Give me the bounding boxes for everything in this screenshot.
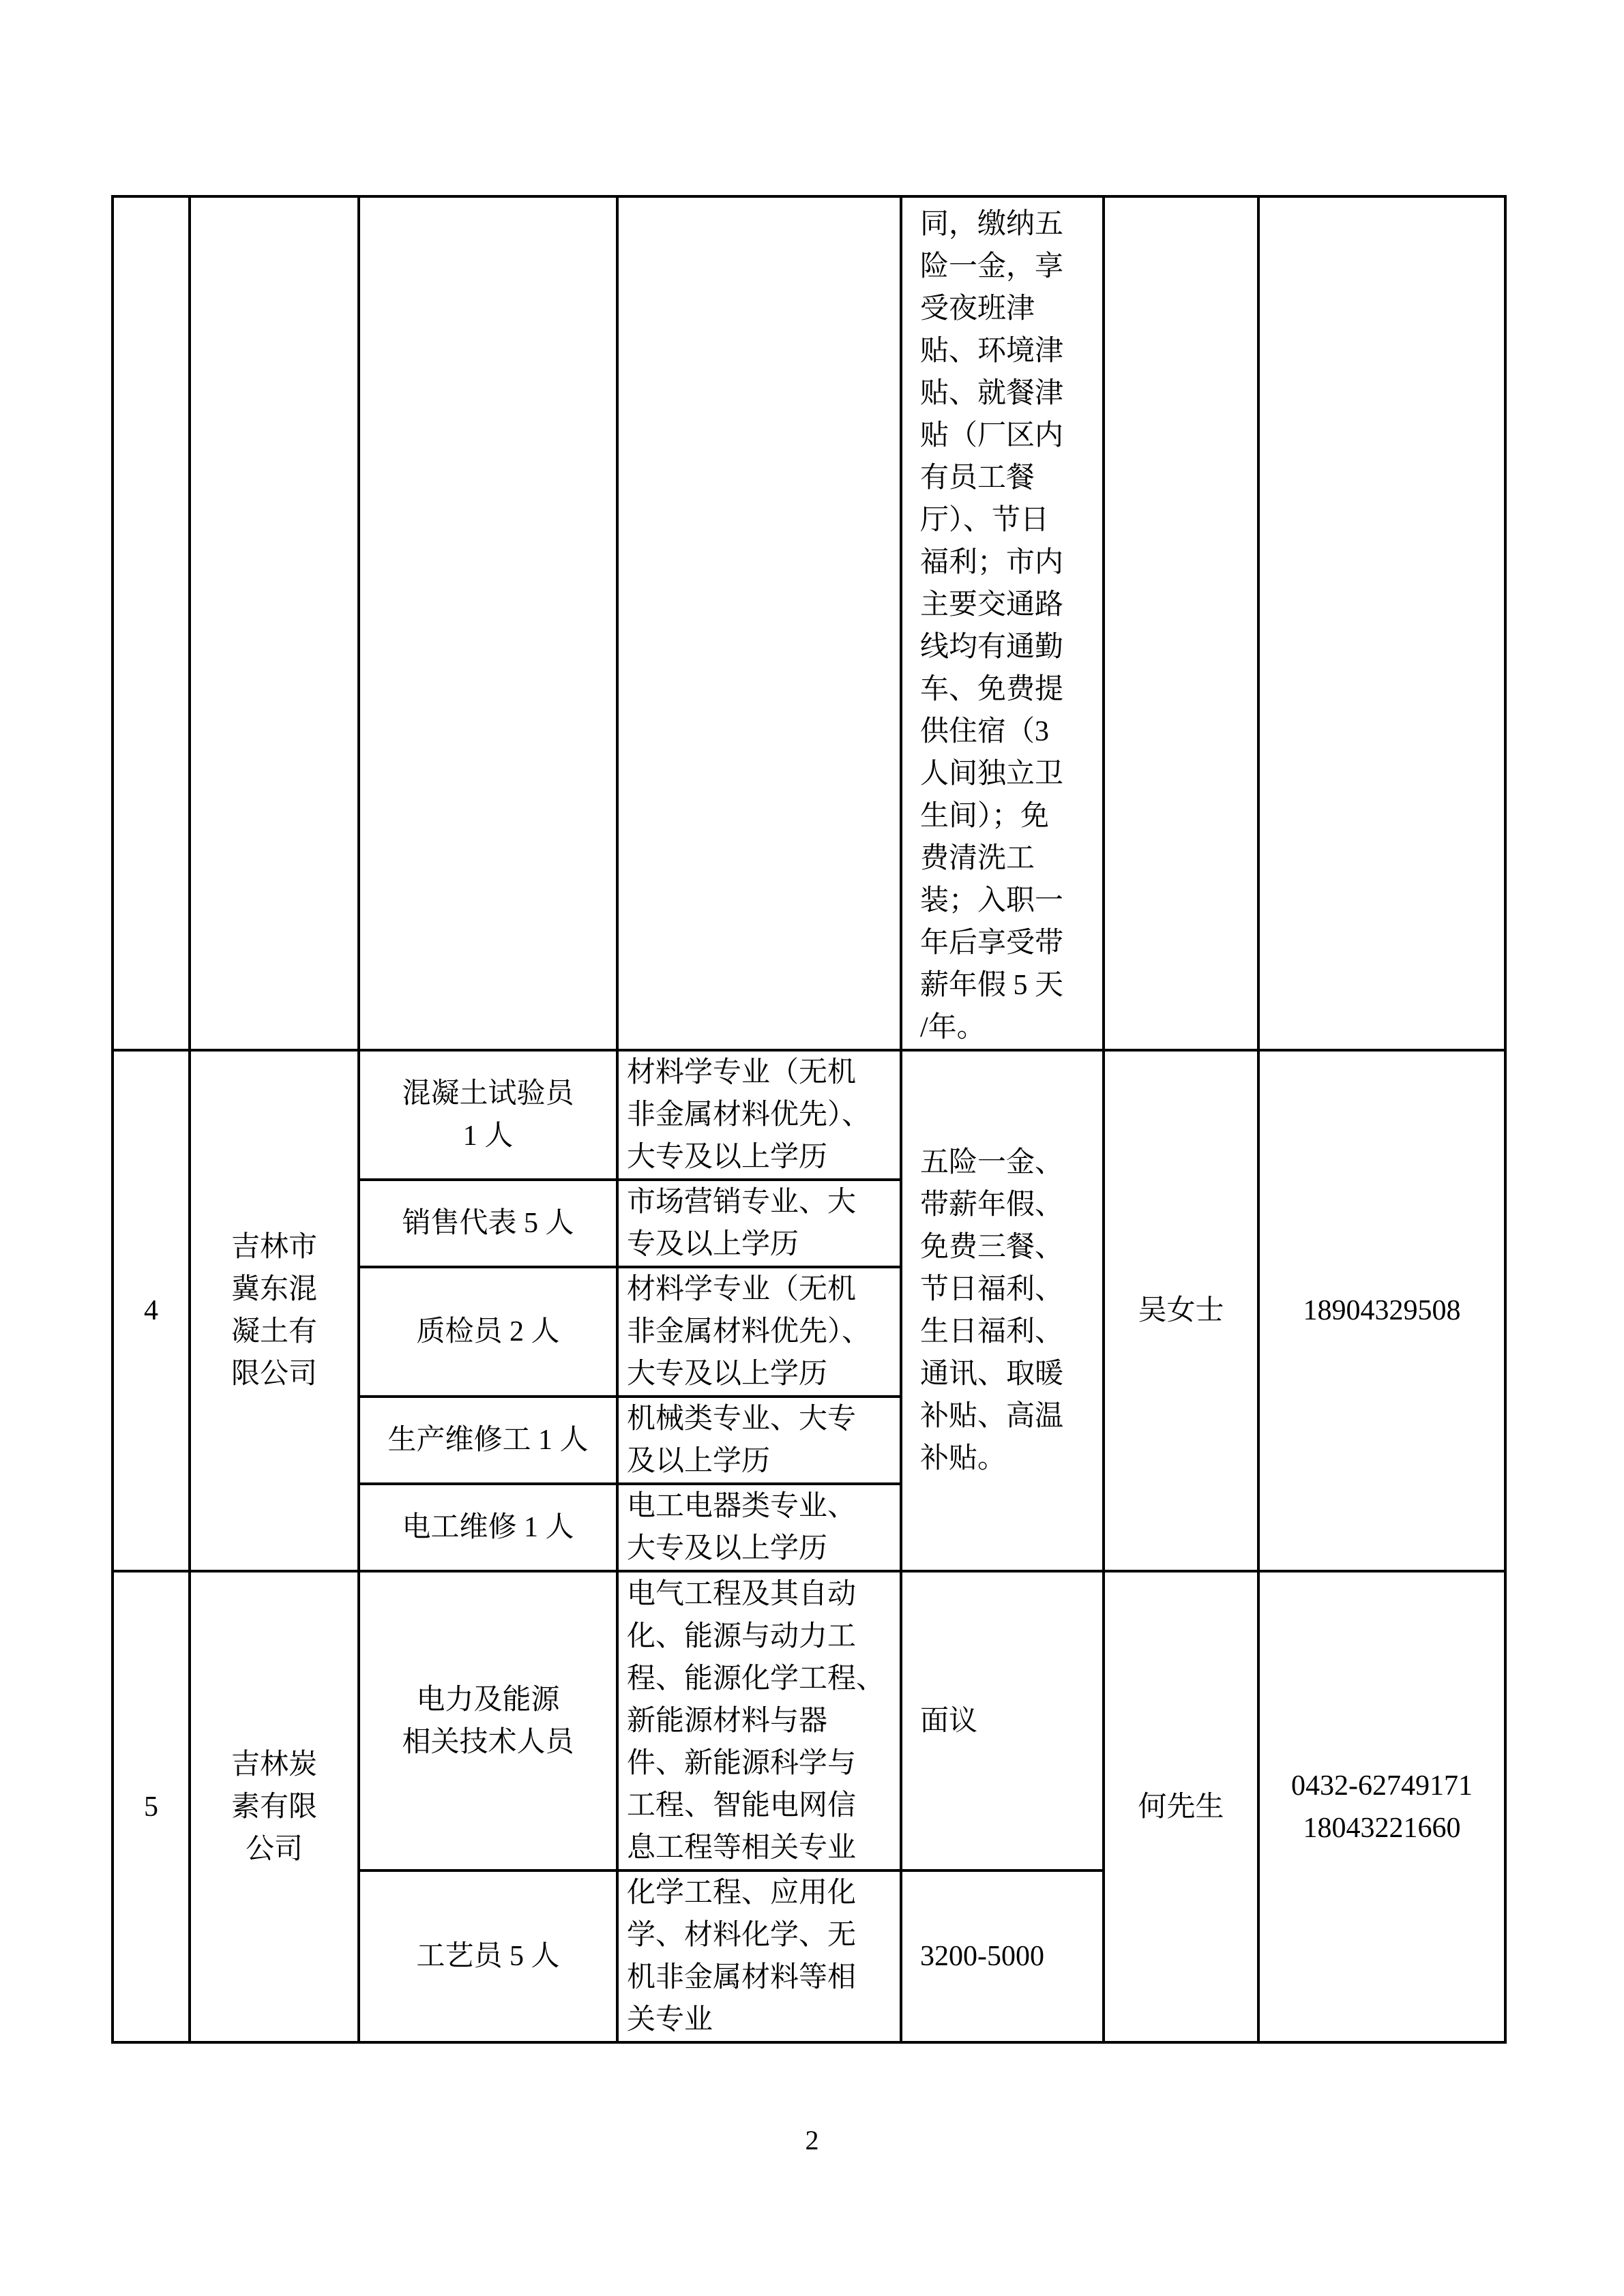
phone-cell: 0432-62749171 18043221660 [1258, 1571, 1505, 2042]
position-cell: 混凝土试验员 1 人 [359, 1050, 617, 1180]
salary-cell: 3200-5000 [901, 1870, 1104, 2042]
requirement-cell: 市场营销专业、大 专及以上学历 [617, 1180, 901, 1267]
company-cell-empty [190, 196, 359, 1050]
position-cell: 销售代表 5 人 [359, 1180, 617, 1267]
position-cell: 工艺员 5 人 [359, 1870, 617, 2042]
requirement-cell: 材料学专业（无机 非金属材料优先）、 大专及以上学历 [617, 1050, 901, 1180]
table-row-4-sub-1: 4 吉林市 冀东混 凝土有 限公司 混凝土试验员 1 人 材料学专业（无机 非金… [113, 1050, 1505, 1180]
requirement-cell: 电气工程及其自动 化、能源与动力工 程、能源化学工程、 新能源材料与器 件、新能… [617, 1571, 901, 1870]
contact-cell: 吴女士 [1104, 1050, 1258, 1571]
table-row-continuation: 同，缴纳五 险一金，享 受夜班津 贴、环境津 贴、就餐津 贴（厂区内 有员工餐 … [113, 196, 1505, 1050]
requirement-cell: 材料学专业（无机 非金属材料优先）、 大专及以上学历 [617, 1267, 901, 1397]
requirement-cell-empty [617, 196, 901, 1050]
seq-cell: 5 [113, 1571, 190, 2042]
salary-cell: 面议 [901, 1571, 1104, 1870]
recruitment-table: 同，缴纳五 险一金，享 受夜班津 贴、环境津 贴、就餐津 贴（厂区内 有员工餐 … [111, 195, 1507, 2044]
benefits-cell: 同，缴纳五 险一金，享 受夜班津 贴、环境津 贴、就餐津 贴（厂区内 有员工餐 … [901, 196, 1104, 1050]
phone-cell: 18904329508 [1258, 1050, 1505, 1571]
company-cell: 吉林炭 素有限 公司 [190, 1571, 359, 2042]
benefits-cell: 五险一金、 带薪年假、 免费三餐、 节日福利、 生日福利、 通讯、取暖 补贴、高… [901, 1050, 1104, 1571]
position-cell: 质检员 2 人 [359, 1267, 617, 1397]
position-cell: 电工维修 1 人 [359, 1484, 617, 1571]
company-cell: 吉林市 冀东混 凝土有 限公司 [190, 1050, 359, 1571]
position-cell: 生产维修工 1 人 [359, 1397, 617, 1484]
contact-cell-empty [1104, 196, 1258, 1050]
seq-cell-empty [113, 196, 190, 1050]
seq-cell: 4 [113, 1050, 190, 1571]
requirement-cell: 电工电器类专业、 大专及以上学历 [617, 1484, 901, 1571]
page-number: 2 [0, 2124, 1624, 2156]
contact-cell: 何先生 [1104, 1571, 1258, 2042]
requirement-cell: 化学工程、应用化 学、材料化学、无 机非金属材料等相 关专业 [617, 1870, 901, 2042]
document-page: 同，缴纳五 险一金，享 受夜班津 贴、环境津 贴、就餐津 贴（厂区内 有员工餐 … [0, 0, 1624, 2296]
requirement-cell: 机械类专业、大专 及以上学历 [617, 1397, 901, 1484]
table-row-5-sub-1: 5 吉林炭 素有限 公司 电力及能源 相关技术人员 电气工程及其自动 化、能源与… [113, 1571, 1505, 1870]
position-cell-empty [359, 196, 617, 1050]
phone-cell-empty [1258, 196, 1505, 1050]
position-cell: 电力及能源 相关技术人员 [359, 1571, 617, 1870]
